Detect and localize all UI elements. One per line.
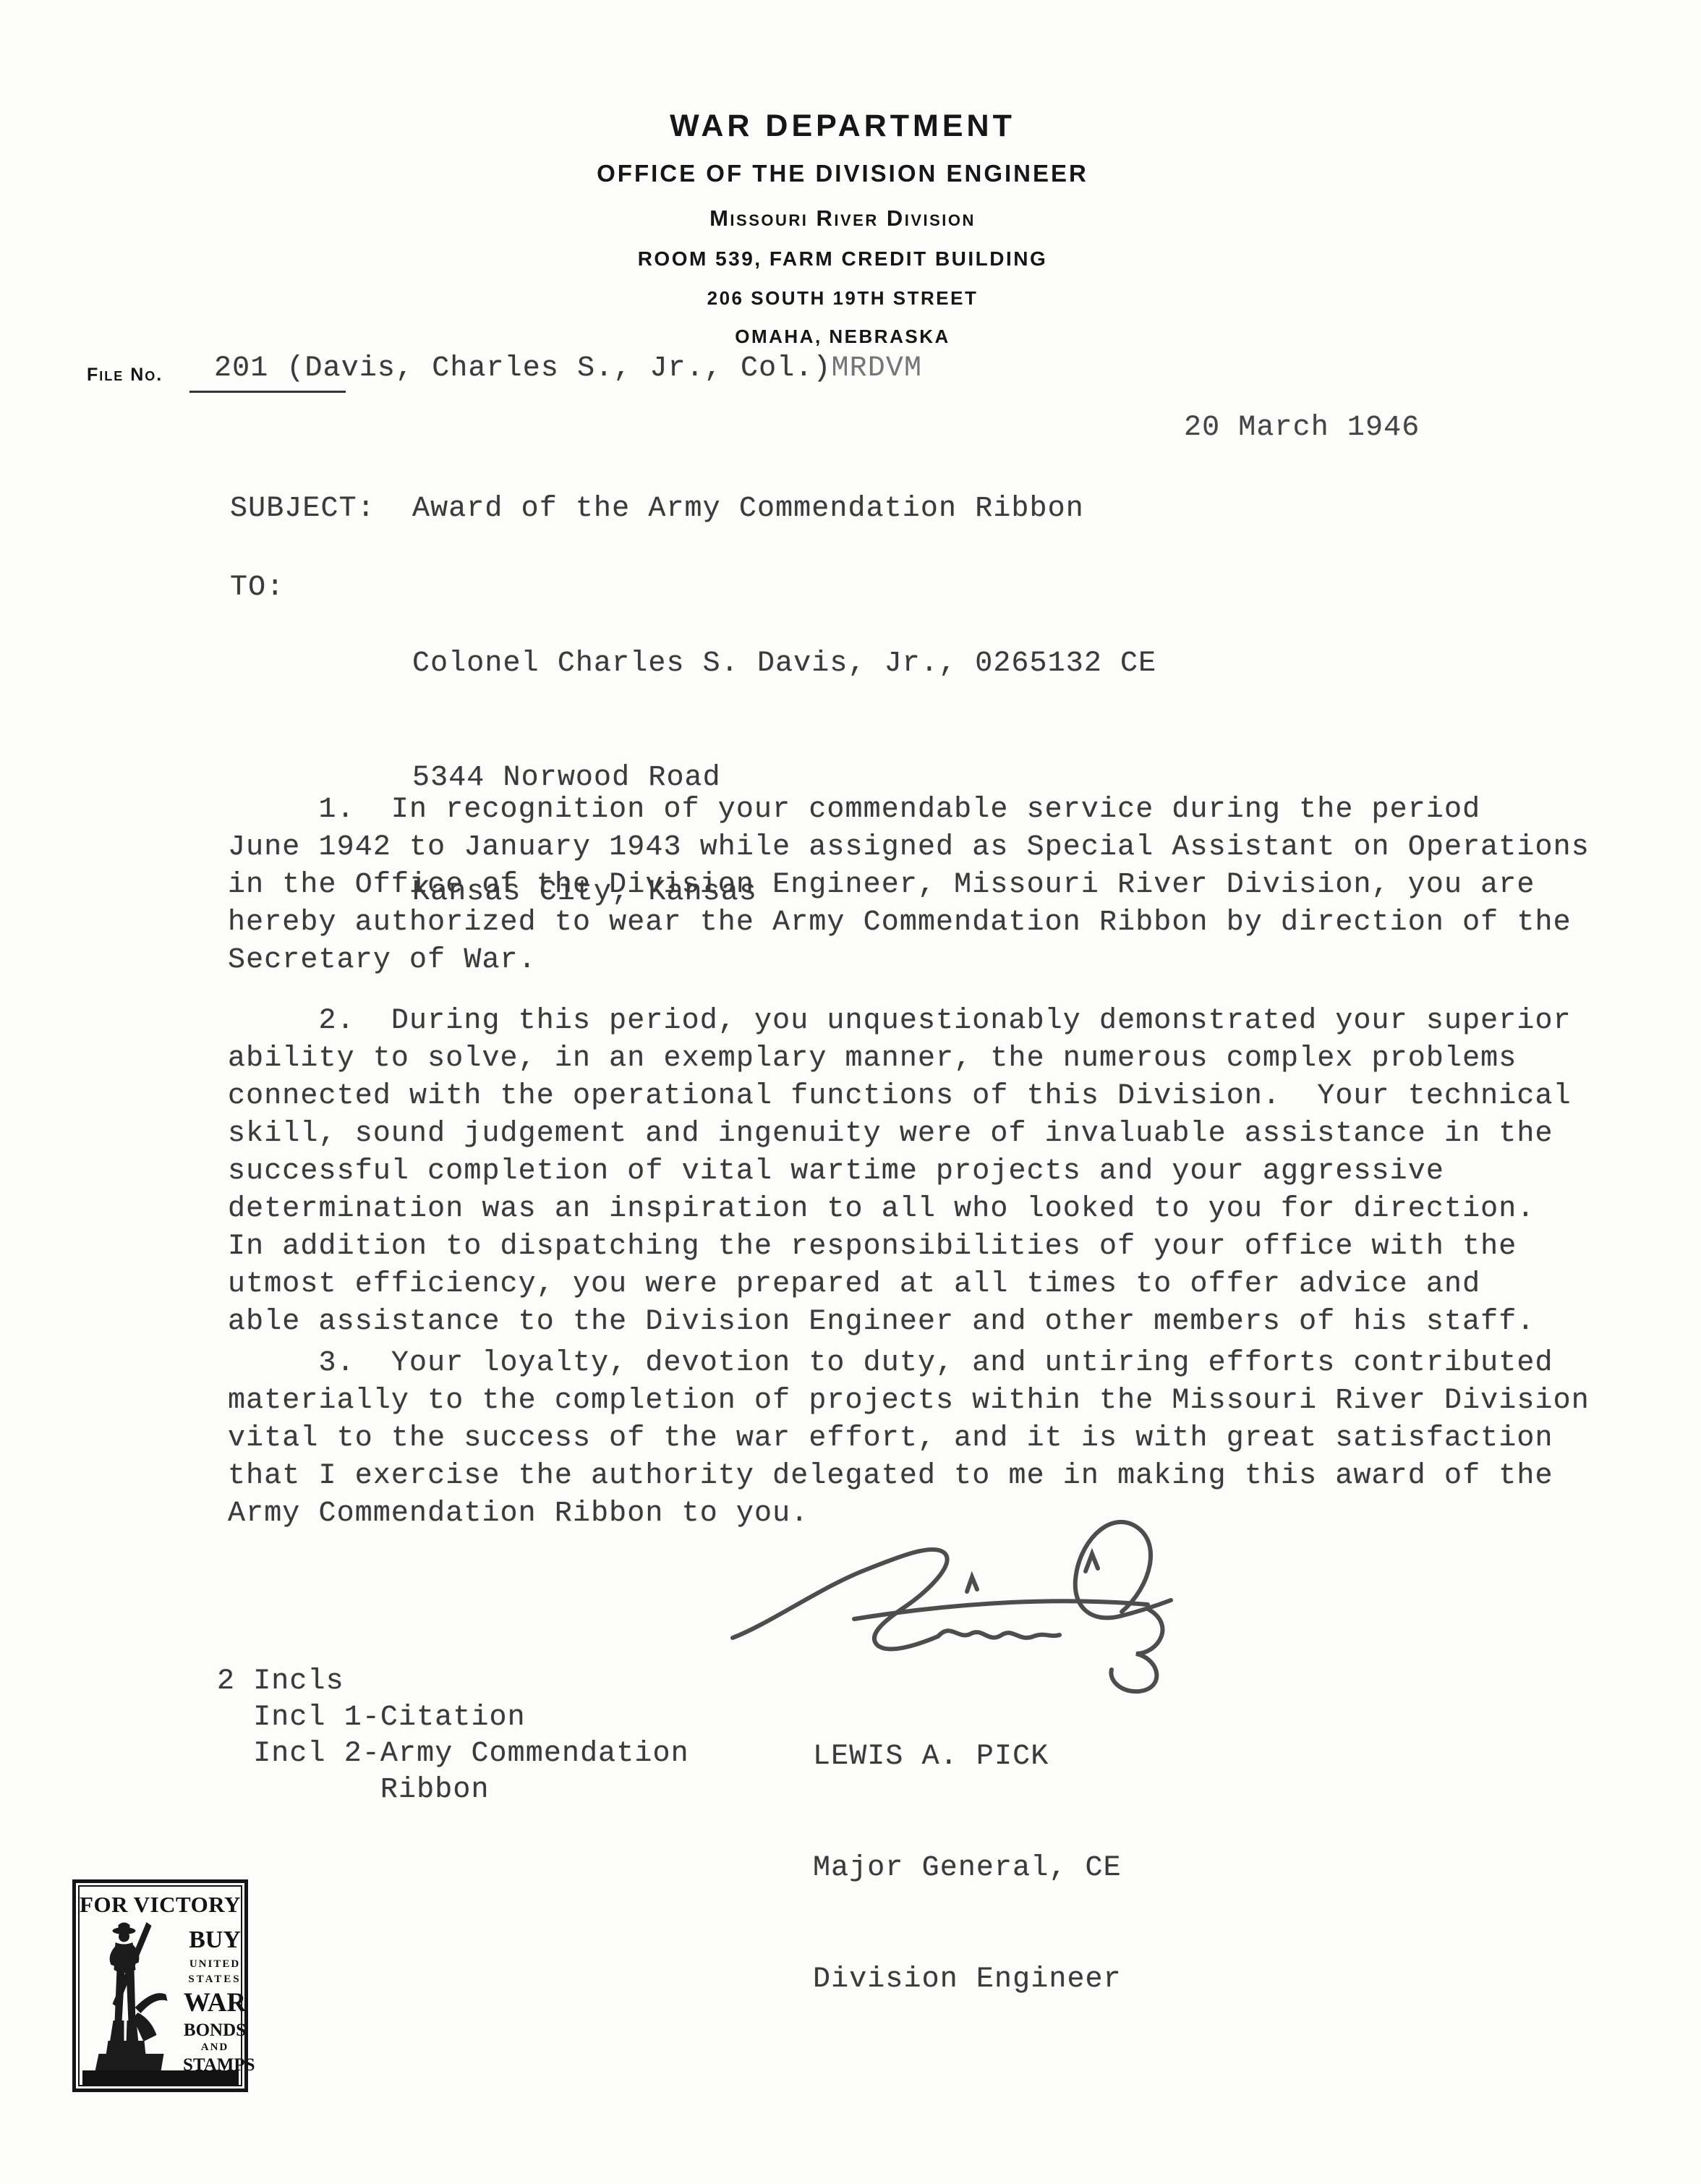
file-number-label: File No. xyxy=(87,365,163,386)
letterhead-room: ROOM 539, FARM CREDIT BUILDING xyxy=(0,247,1685,271)
subject-row: SUBJECT: Award of the Army Commendation … xyxy=(230,490,1084,528)
letter-page: WAR DEPARTMENT OFFICE OF THE DIVISION EN… xyxy=(0,0,1701,2184)
stamp-line-and: AND xyxy=(183,2041,247,2054)
stamp-header: FOR VICTORY xyxy=(76,1892,244,1918)
letterhead-division: Missouri River Division xyxy=(0,205,1685,231)
letterhead-department: WAR DEPARTMENT xyxy=(0,109,1685,144)
stamp-line-united: UNITED xyxy=(183,1958,247,1971)
stamp-line-states: STATES xyxy=(183,1973,247,1986)
signer-name: LEWIS A. PICK xyxy=(813,1739,1122,1775)
stamp-line-buy: BUY xyxy=(183,1926,247,1954)
to-address-line: Colonel Charles S. Davis, Jr., 0265132 C… xyxy=(412,645,1156,684)
subject-label: SUBJECT: xyxy=(230,490,412,528)
stamp-line-war: WAR xyxy=(183,1987,247,2018)
stamp-bottom-bar xyxy=(82,2070,239,2086)
victory-bonds-stamp: FOR VICTORY xyxy=(72,1879,248,2092)
subject-value: Award of the Army Commendation Ribbon xyxy=(412,490,1084,528)
file-number-text: 201 (Davis, Charles S., Jr., Col.) xyxy=(214,352,832,385)
signer-title: Division Engineer xyxy=(813,1962,1122,1998)
stamp-line-bonds: BONDS xyxy=(183,2021,247,2041)
file-number-value: 201 (Davis, Charles S., Jr., Col.)MRDVM xyxy=(214,350,922,388)
signature-block: LEWIS A. PICK Major General, CE Division… xyxy=(813,1664,1122,2073)
body-paragraph-1: 1. In recognition of your commendable se… xyxy=(228,791,1667,980)
letterhead-office: OFFICE OF THE DIVISION ENGINEER xyxy=(0,160,1685,187)
minuteman-statue-icon xyxy=(83,1919,181,2073)
minuteman-shapes xyxy=(95,1922,168,2071)
file-office-stamp: MRDVM xyxy=(832,352,923,385)
enclosures-block: 2 Incls Incl 1-Citation Incl 2-Army Comm… xyxy=(217,1664,689,1809)
body-paragraph-2: 2. During this period, you unquestionabl… xyxy=(228,1003,1667,1341)
letter-date: 20 March 1946 xyxy=(1184,409,1420,447)
signer-rank: Major General, CE xyxy=(813,1851,1122,1887)
letterhead-city: OMAHA, NEBRASKA xyxy=(0,326,1685,348)
letterhead-street: 206 SOUTH 19TH STREET xyxy=(0,287,1685,310)
file-number-underline xyxy=(189,391,346,393)
